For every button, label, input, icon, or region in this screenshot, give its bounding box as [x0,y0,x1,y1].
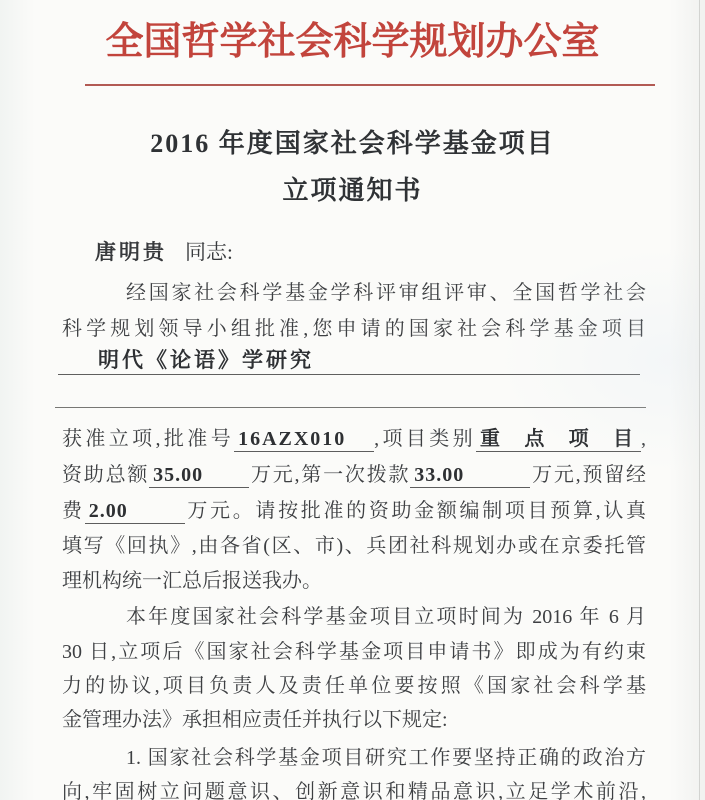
salutation-suffix: 同志: [185,240,233,264]
text-segment: 万元,第一次拨款 [249,464,410,486]
first-payment-value: 33.00 [410,464,530,488]
project-type-value: 重点项目 [476,422,641,452]
text-segment: 获准立项,批准号 [62,428,234,450]
project-title-value: 明代《论语》学研究 [98,348,314,372]
paper-edge-line [699,0,700,800]
body-line-para3-2: 30 日,立项后《国家社会科学基金项目申请书》即成为有约束 [62,635,646,664]
body-line-para3-4: 金管理办法》承担相应责任并执行以下规定: [62,703,646,732]
body-line-para1-1: 经国家社会科学基金学科评审组评审、全国哲学社会 [62,276,646,305]
document-title: 2016 年度国家社会科学基金项目 立项通知书 [0,120,705,214]
project-title-blank-line [55,407,646,408]
org-header-text: 全国哲学社会科学规划办公室 [0,10,705,65]
body-line-para4-1: 1. 国家社会科学基金项目研究工作要坚持正确的政治方 [62,741,646,770]
recipient-name: 唐明贵 [95,240,167,264]
body-line-para3-1: 本年度国家社会科学基金项目立项时间为 2016 年 6 月 [62,600,646,629]
project-title-field: 明代《论语》学研究 [58,344,640,375]
header-divider-rule [85,84,655,86]
document-title-line2: 立项通知书 [0,167,705,214]
salutation: 唐明贵同志: [95,236,233,266]
text-segment: 万元。请按批准的资助金额编制项目预算,认真 [185,500,646,522]
body-line-para1-2: 科学规划领导小组批准,您申请的国家社会科学基金项目 [62,312,646,341]
text-segment: , [641,428,646,450]
body-line-para2-5: 理机构统一汇总后报送我办。 [62,564,646,593]
reserved-fund-value: 2.00 [85,500,185,524]
body-line-para2-2: 资助总额35.00万元,第一次拨款33.00万元,预留经 [62,458,646,488]
body-line-para2-1: 获准立项,批准号16AZX010,项目类别重点项目, [62,422,646,452]
text-segment: ,项目类别 [374,428,476,450]
body-line-para4-2: 向,牢固树立问题意识、创新意识和精品意识,立足学术前沿, [62,775,646,800]
approval-number-value: 16AZX010 [234,428,374,452]
body-line-para3-3: 力的协议,项目负责人及责任单位要按照《国家社会科学基 [62,669,646,698]
body-line-para2-3: 费2.00万元。请按批准的资助金额编制项目预算,认真 [62,494,646,524]
total-amount-value: 35.00 [149,464,249,488]
text-segment: 费 [62,500,85,522]
text-segment: 资助总额 [62,464,149,486]
document-page: 全国哲学社会科学规划办公室 2016 年度国家社会科学基金项目 立项通知书 唐明… [0,0,705,800]
document-title-line1: 2016 年度国家社会科学基金项目 [0,120,705,167]
body-line-para2-4: 填写《回执》,由各省(区、市)、兵团社科规划办或在京委托管 [62,529,646,558]
text-segment: 万元,预留经 [530,464,646,486]
